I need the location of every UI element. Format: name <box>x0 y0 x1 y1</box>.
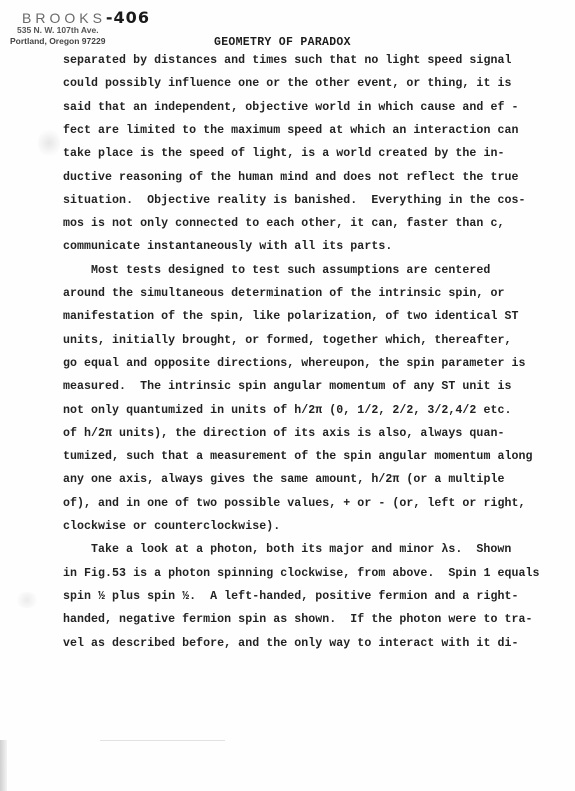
text-line: of), and in one of two possible values, … <box>63 497 526 510</box>
text-line: in Fig.53 is a photon spinning clockwise… <box>63 567 540 580</box>
text-line: said that an independent, objective worl… <box>63 101 518 114</box>
text-line: around the simultaneous determination of… <box>63 287 504 300</box>
text-line: of h/2π units), the direction of its axi… <box>63 427 504 440</box>
scan-smudge <box>38 128 60 158</box>
text-line: handed, negative fermion spin as shown. … <box>63 613 533 626</box>
text-line: could possibly influence one or the othe… <box>63 77 511 90</box>
text-line: manifestation of the spin, like polariza… <box>63 310 518 323</box>
page-title: GEOMETRY OF PARADOX <box>214 36 351 49</box>
text-line: units, initially brought, or formed, tog… <box>63 334 511 347</box>
scan-smudge <box>14 592 40 608</box>
document-page: BROOKS-406 535 N. W. 107th Ave. Portland… <box>0 0 575 791</box>
text-line: measured. The intrinsic spin angular mom… <box>63 380 511 393</box>
stamp-city-address: Portland, Oregon 97229 <box>10 36 105 46</box>
text-line: tumized, such that a measurement of the … <box>63 450 533 463</box>
text-line: mos is not only connected to each other,… <box>63 217 504 230</box>
text-line: any one axis, always gives the same amou… <box>63 473 504 486</box>
text-line: go equal and opposite directions, whereu… <box>63 357 526 370</box>
text-line: vel as described before, and the only wa… <box>63 637 518 650</box>
text-line: fect are limited to the maximum speed at… <box>63 124 518 137</box>
text-line: spin ½ plus spin ½. A left-handed, posit… <box>63 590 518 603</box>
text-line: separated by distances and times such th… <box>63 54 511 67</box>
text-line: Take a look at a photon, both its major … <box>91 543 511 556</box>
faint-scan-line <box>100 740 225 741</box>
scan-edge-shadow <box>0 740 7 791</box>
stamp-handwritten-number: -406 <box>106 8 150 27</box>
text-line: clockwise or counterclockwise). <box>63 520 280 533</box>
text-line: ductive reasoning of the human mind and … <box>63 171 518 184</box>
stamp-name-text: BROOKS <box>22 10 106 26</box>
text-line: communicate instantaneously with all its… <box>63 240 392 253</box>
text-line: situation. Objective reality is banished… <box>63 194 526 207</box>
text-line: take place is the speed of light, is a w… <box>63 147 504 160</box>
text-line: Most tests designed to test such assumpt… <box>91 264 490 277</box>
stamp-street-address: 535 N. W. 107th Ave. <box>17 25 99 35</box>
text-line: not only quantumized in units of h/2π (0… <box>63 404 511 417</box>
